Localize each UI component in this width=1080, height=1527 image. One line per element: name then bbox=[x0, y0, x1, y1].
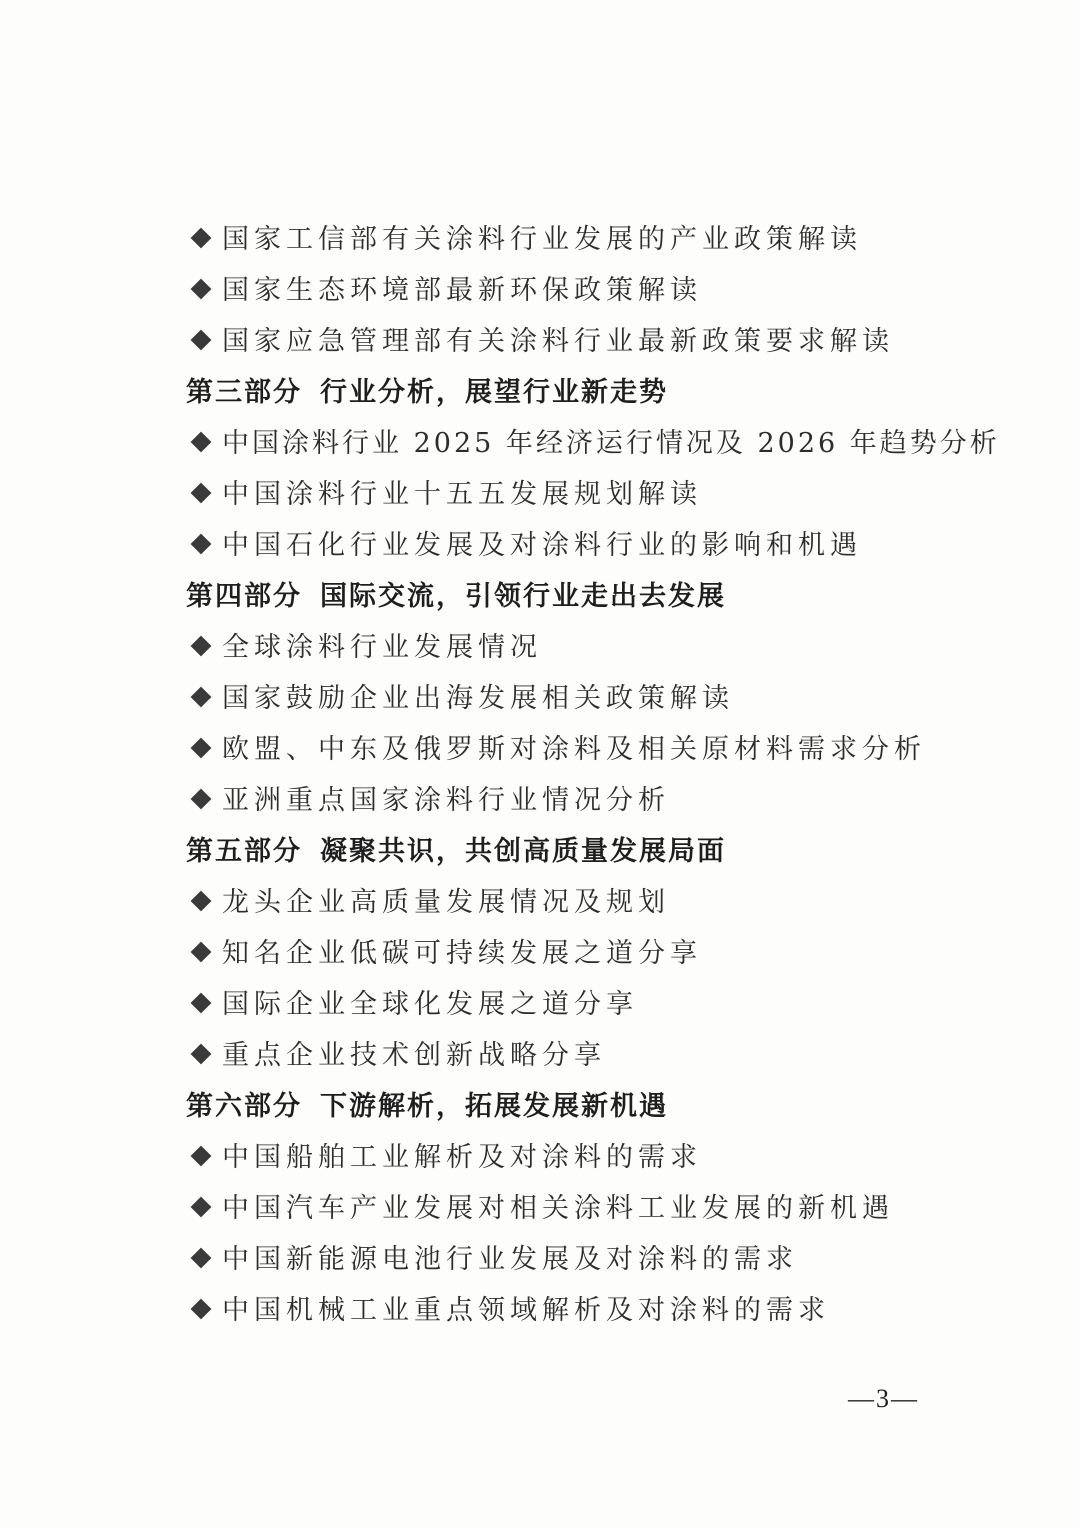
list-item: 重点企业技术创新战略分享 bbox=[186, 1030, 946, 1081]
list-item-text: 重点企业技术创新战略分享 bbox=[222, 1040, 606, 1071]
diamond-bullet-icon bbox=[191, 1145, 212, 1166]
list-item-text: 龙头企业高质量发展情况及规划 bbox=[222, 887, 670, 918]
section-title: 凝聚共识，共创高质量发展局面 bbox=[320, 836, 726, 867]
list-item: 中国机械工业重点领域解析及对涂料的需求 bbox=[186, 1285, 946, 1336]
diamond-bullet-icon bbox=[191, 890, 212, 911]
diamond-bullet-icon bbox=[191, 1298, 212, 1319]
diamond-bullet-icon bbox=[191, 992, 212, 1013]
section-heading-part-6: 第六部分下游解析，拓展发展新机遇 bbox=[186, 1081, 946, 1132]
diamond-bullet-icon bbox=[191, 737, 212, 758]
list-item: 中国新能源电池行业发展及对涂料的需求 bbox=[186, 1234, 946, 1285]
list-item-text: 国家鼓励企业出海发展相关政策解读 bbox=[222, 683, 734, 714]
diamond-bullet-icon bbox=[191, 635, 212, 656]
document-page: 国家工信部有关涂料行业发展的产业政策解读 国家生态环境部最新环保政策解读 国家应… bbox=[0, 0, 1080, 1527]
diamond-bullet-icon bbox=[191, 788, 212, 809]
diamond-bullet-icon bbox=[191, 686, 212, 707]
list-item: 中国船舶工业解析及对涂料的需求 bbox=[186, 1132, 946, 1183]
list-item: 中国涂料行业 2025 年经济运行情况及 2026 年趋势分析 bbox=[186, 418, 946, 469]
list-item-text: 亚洲重点国家涂料行业情况分析 bbox=[222, 785, 670, 816]
list-item: 中国涂料行业十五五发展规划解读 bbox=[186, 469, 946, 520]
list-item: 国家生态环境部最新环保政策解读 bbox=[186, 265, 946, 316]
list-item: 国家应急管理部有关涂料行业最新政策要求解读 bbox=[186, 316, 946, 367]
list-item-text: 国际企业全球化发展之道分享 bbox=[222, 989, 638, 1020]
list-item-text: 中国涂料行业十五五发展规划解读 bbox=[222, 479, 702, 510]
section-part-label: 第四部分 bbox=[186, 581, 302, 612]
document-content: 国家工信部有关涂料行业发展的产业政策解读 国家生态环境部最新环保政策解读 国家应… bbox=[186, 214, 946, 1336]
section-part-label: 第三部分 bbox=[186, 377, 302, 408]
section-title: 行业分析，展望行业新走势 bbox=[320, 377, 668, 408]
diamond-bullet-icon bbox=[191, 431, 212, 452]
diamond-bullet-icon bbox=[191, 533, 212, 554]
list-item: 国际企业全球化发展之道分享 bbox=[186, 979, 946, 1030]
diamond-bullet-icon bbox=[191, 1043, 212, 1064]
diamond-bullet-icon bbox=[191, 1196, 212, 1217]
list-item-text: 欧盟、中东及俄罗斯对涂料及相关原材料需求分析 bbox=[222, 734, 926, 765]
list-item: 国家工信部有关涂料行业发展的产业政策解读 bbox=[186, 214, 946, 265]
list-item-text: 中国船舶工业解析及对涂料的需求 bbox=[222, 1142, 702, 1173]
list-item-text: 国家生态环境部最新环保政策解读 bbox=[222, 275, 702, 306]
list-item-text: 中国机械工业重点领域解析及对涂料的需求 bbox=[222, 1295, 830, 1326]
section-title: 国际交流，引领行业走出去发展 bbox=[320, 581, 726, 612]
list-item: 知名企业低碳可持续发展之道分享 bbox=[186, 928, 946, 979]
list-item: 中国汽车产业发展对相关涂料工业发展的新机遇 bbox=[186, 1183, 946, 1234]
list-item-text: 全球涂料行业发展情况 bbox=[222, 632, 542, 663]
diamond-bullet-icon bbox=[191, 227, 212, 248]
list-item: 亚洲重点国家涂料行业情况分析 bbox=[186, 775, 946, 826]
list-item: 国家鼓励企业出海发展相关政策解读 bbox=[186, 673, 946, 724]
list-item-text: 中国新能源电池行业发展及对涂料的需求 bbox=[222, 1244, 798, 1275]
list-item: 全球涂料行业发展情况 bbox=[186, 622, 946, 673]
diamond-bullet-icon bbox=[191, 329, 212, 350]
diamond-bullet-icon bbox=[191, 482, 212, 503]
diamond-bullet-icon bbox=[191, 1247, 212, 1268]
section-heading-part-3: 第三部分行业分析，展望行业新走势 bbox=[186, 367, 946, 418]
section-heading-part-4: 第四部分国际交流，引领行业走出去发展 bbox=[186, 571, 946, 622]
list-item: 欧盟、中东及俄罗斯对涂料及相关原材料需求分析 bbox=[186, 724, 946, 775]
list-item-text: 中国石化行业发展及对涂料行业的影响和机遇 bbox=[222, 530, 862, 561]
list-item: 龙头企业高质量发展情况及规划 bbox=[186, 877, 946, 928]
section-part-label: 第六部分 bbox=[186, 1091, 302, 1122]
page-number: —3— bbox=[848, 1384, 919, 1414]
diamond-bullet-icon bbox=[191, 278, 212, 299]
list-item-text: 国家工信部有关涂料行业发展的产业政策解读 bbox=[222, 224, 862, 255]
section-part-label: 第五部分 bbox=[186, 836, 302, 867]
list-item-text: 知名企业低碳可持续发展之道分享 bbox=[222, 938, 702, 969]
list-item-text: 中国汽车产业发展对相关涂料工业发展的新机遇 bbox=[222, 1193, 894, 1224]
list-item-text: 中国涂料行业 2025 年经济运行情况及 2026 年趋势分析 bbox=[222, 428, 1000, 459]
section-heading-part-5: 第五部分凝聚共识，共创高质量发展局面 bbox=[186, 826, 946, 877]
list-item: 中国石化行业发展及对涂料行业的影响和机遇 bbox=[186, 520, 946, 571]
section-title: 下游解析，拓展发展新机遇 bbox=[320, 1091, 668, 1122]
list-item-text: 国家应急管理部有关涂料行业最新政策要求解读 bbox=[222, 326, 894, 357]
diamond-bullet-icon bbox=[191, 941, 212, 962]
